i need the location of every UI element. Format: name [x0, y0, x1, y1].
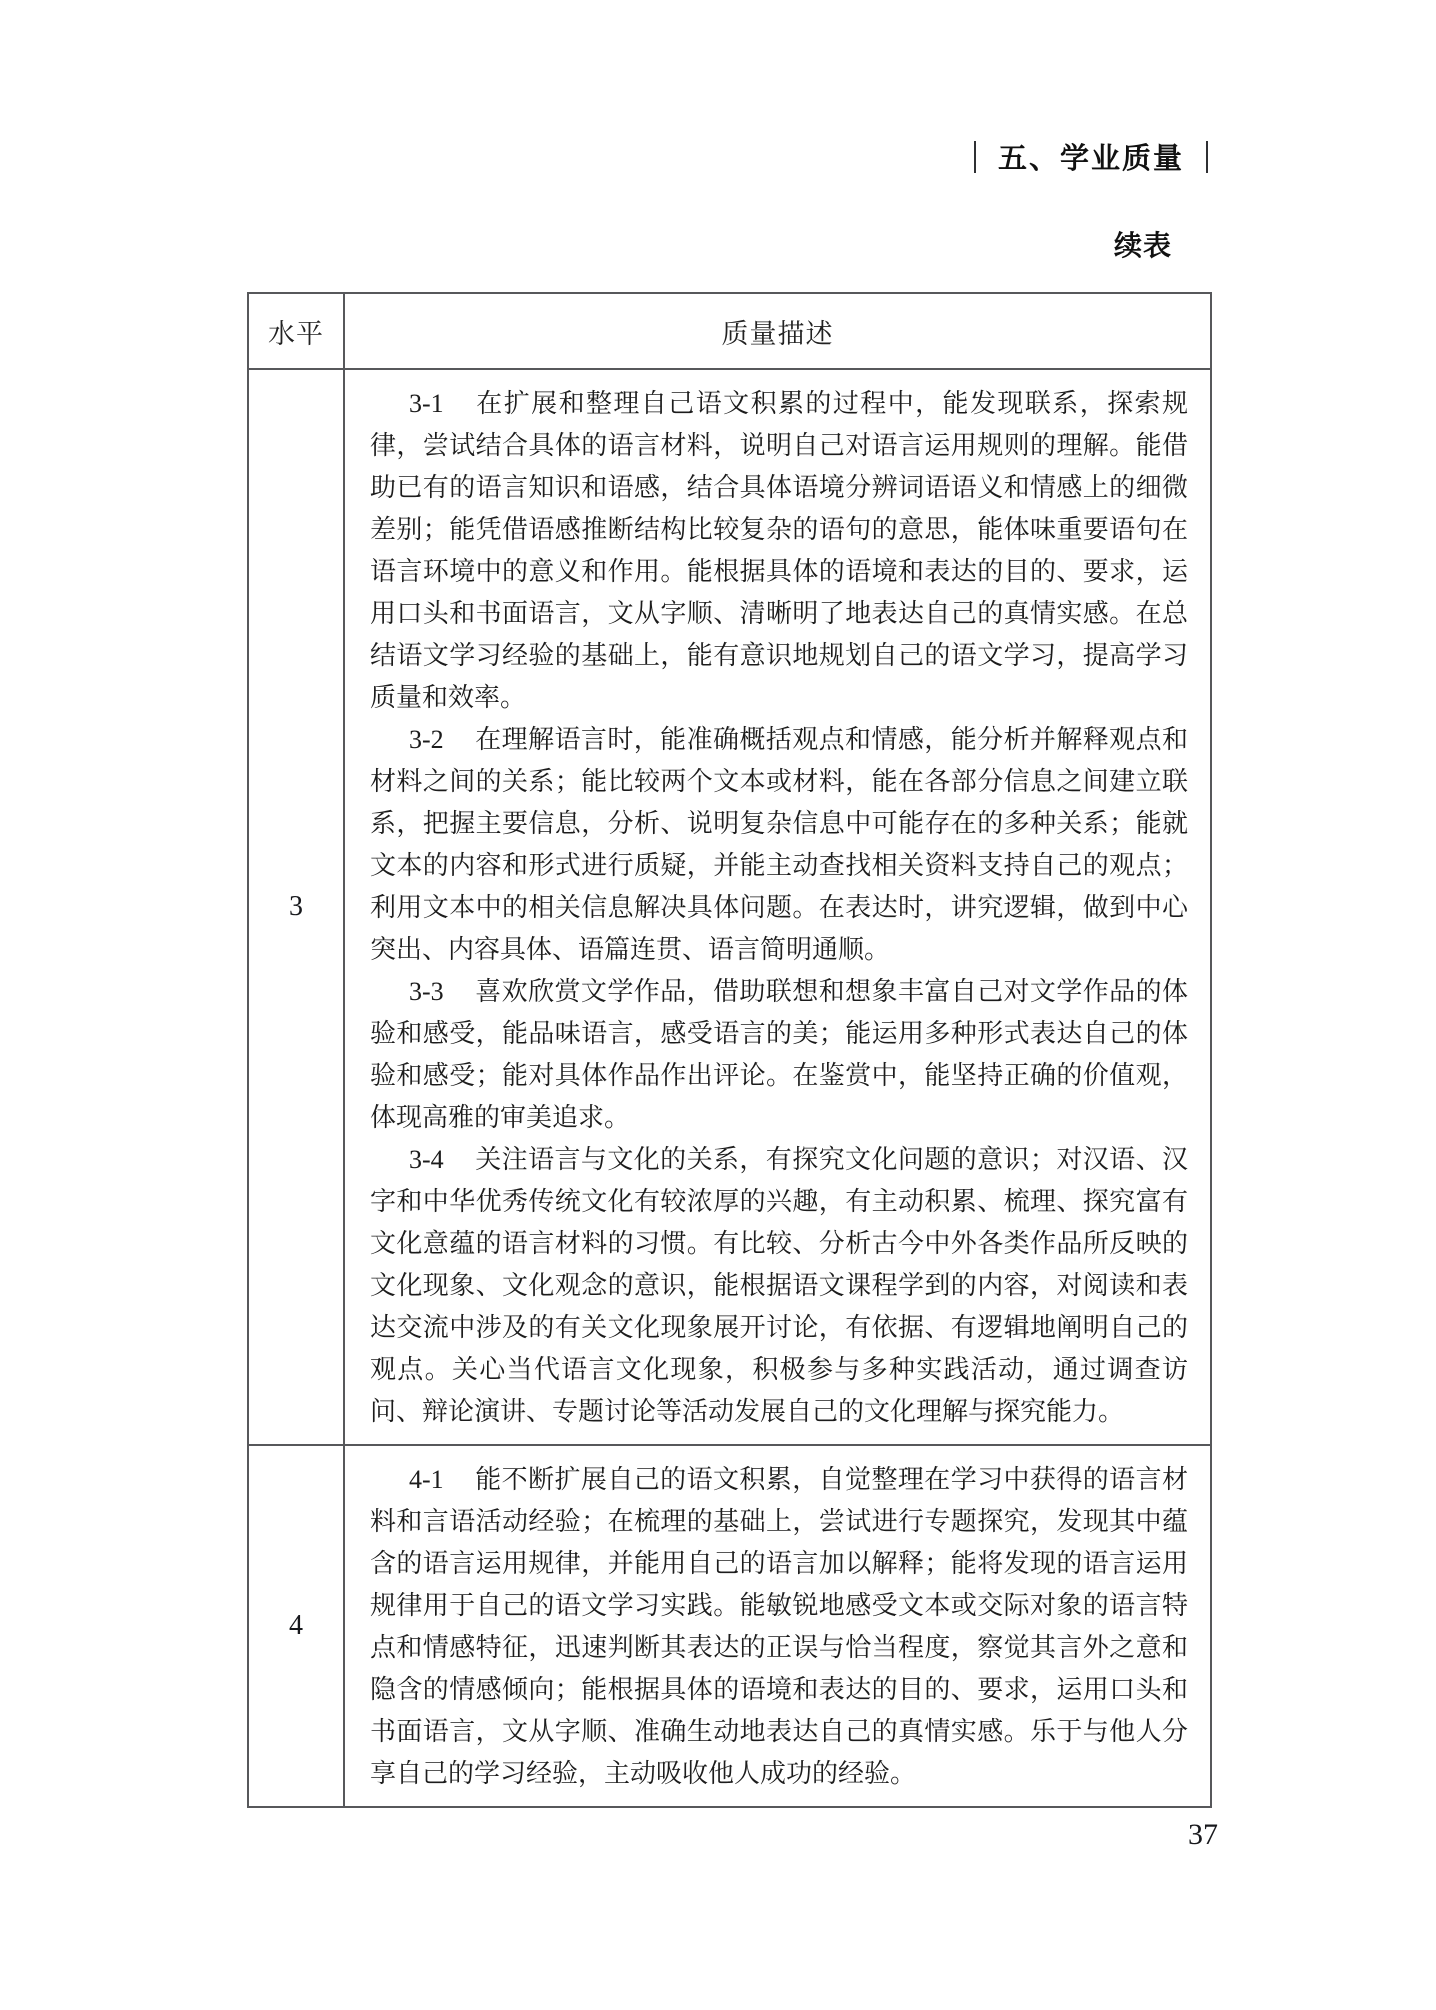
description-cell: 3-1在扩展和整理自己语文积累的过程中，能发现联系，探索规律，尝试结合具体的语言… — [344, 369, 1211, 1445]
running-head-right-bar — [1206, 141, 1208, 173]
page-number: 37 — [1188, 1818, 1218, 1852]
description-cell: 4-1能不断扩展自己的语文积累，自觉整理在学习中获得的语言材料和言语活动经验；在… — [344, 1445, 1211, 1807]
section-title: 五、学业质量 — [998, 136, 1184, 177]
quality-table-body: 33-1在扩展和整理自己语文积累的过程中，能发现联系，探索规律，尝试结合具体的语… — [248, 369, 1211, 1807]
document-page: 五、学业质量 续表 水平 质量描述 33-1在扩展和整理自己语文积累的过程中，能… — [0, 0, 1436, 2010]
table-row: 44-1能不断扩展自己的语文积累，自觉整理在学习中获得的语言材料和言语活动经验；… — [248, 1445, 1211, 1807]
quality-table-container: 水平 质量描述 33-1在扩展和整理自己语文积累的过程中，能发现联系，探索规律，… — [247, 292, 1212, 1808]
table-row: 33-1在扩展和整理自己语文积累的过程中，能发现联系，探索规律，尝试结合具体的语… — [248, 369, 1211, 1445]
paragraph-number: 3-1 — [409, 389, 444, 418]
running-head: 五、学业质量 — [974, 136, 1208, 177]
paragraph-text: 在扩展和整理自己语文积累的过程中，能发现联系，探索规律，尝试结合具体的语言材料，… — [370, 389, 1188, 712]
paragraph-number: 3-4 — [409, 1145, 444, 1174]
quality-table: 水平 质量描述 33-1在扩展和整理自己语文积累的过程中，能发现联系，探索规律，… — [247, 292, 1212, 1808]
level-cell: 3 — [248, 369, 344, 1445]
description-paragraph: 4-1能不断扩展自己的语文积累，自觉整理在学习中获得的语言材料和言语活动经验；在… — [370, 1459, 1188, 1795]
paragraph-text: 喜欢欣赏文学作品，借助联想和想象丰富自己对文学作品的体验和感受，能品味语言，感受… — [370, 977, 1188, 1132]
level-cell: 4 — [248, 1445, 344, 1807]
description-paragraph: 3-2在理解语言时，能准确概括观点和情感，能分析并解释观点和材料之间的关系；能比… — [370, 719, 1188, 971]
continued-table-label: 续表 — [1114, 224, 1172, 264]
column-header-description: 质量描述 — [344, 293, 1211, 369]
paragraph-text: 关注语言与文化的关系，有探究文化问题的意识；对汉语、汉字和中华优秀传统文化有较浓… — [370, 1145, 1188, 1426]
paragraph-number: 3-3 — [409, 977, 444, 1006]
paragraph-text: 在理解语言时，能准确概括观点和情感，能分析并解释观点和材料之间的关系；能比较两个… — [370, 725, 1188, 964]
running-head-left-bar — [974, 141, 976, 173]
description-paragraph: 3-3喜欢欣赏文学作品，借助联想和想象丰富自己对文学作品的体验和感受，能品味语言… — [370, 971, 1188, 1139]
description-paragraph: 3-4关注语言与文化的关系，有探究文化问题的意识；对汉语、汉字和中华优秀传统文化… — [370, 1139, 1188, 1433]
paragraph-text: 能不断扩展自己的语文积累，自觉整理在学习中获得的语言材料和言语活动经验；在梳理的… — [370, 1465, 1188, 1788]
column-header-level: 水平 — [248, 293, 344, 369]
table-header-row: 水平 质量描述 — [248, 293, 1211, 369]
description-paragraph: 3-1在扩展和整理自己语文积累的过程中，能发现联系，探索规律，尝试结合具体的语言… — [370, 383, 1188, 719]
paragraph-number: 3-2 — [409, 725, 444, 754]
paragraph-number: 4-1 — [409, 1465, 444, 1494]
